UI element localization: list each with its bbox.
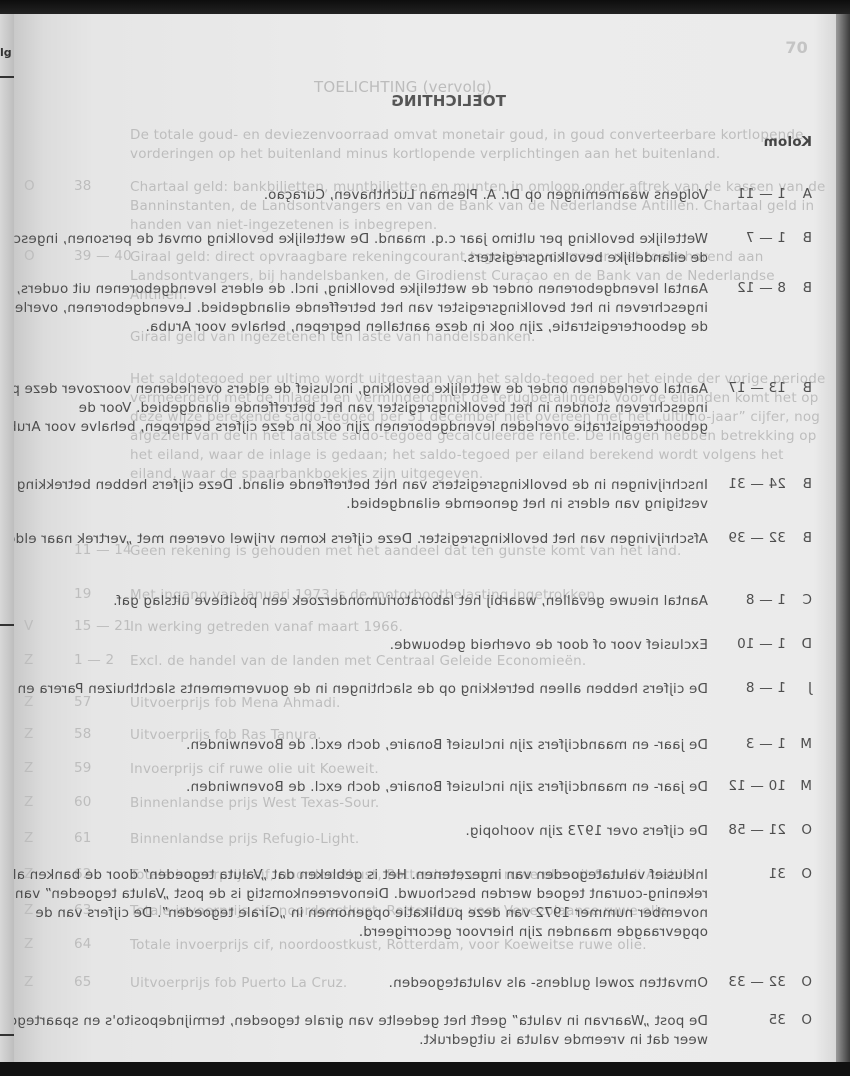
page-edge-shadow	[836, 14, 850, 1062]
adjacent-page-edge: lg	[0, 14, 14, 1064]
scanned-page: 70 TOELICHTING (vervolg) De totale goud-…	[14, 14, 836, 1062]
page-title: TOELICHTING	[391, 92, 506, 110]
adjacent-page-rule	[0, 624, 14, 626]
adjacent-page-glyph: lg	[0, 46, 14, 59]
scan-border-top	[0, 0, 850, 14]
show-through-text-layer: TOELICHTING Kolom A 1 — 11 Volgens waarn…	[14, 14, 836, 1062]
column-header: Kolom	[764, 134, 812, 150]
scan-border-bottom	[0, 1062, 850, 1076]
adjacent-page-rule	[0, 1034, 14, 1036]
adjacent-page-rule	[0, 76, 14, 78]
